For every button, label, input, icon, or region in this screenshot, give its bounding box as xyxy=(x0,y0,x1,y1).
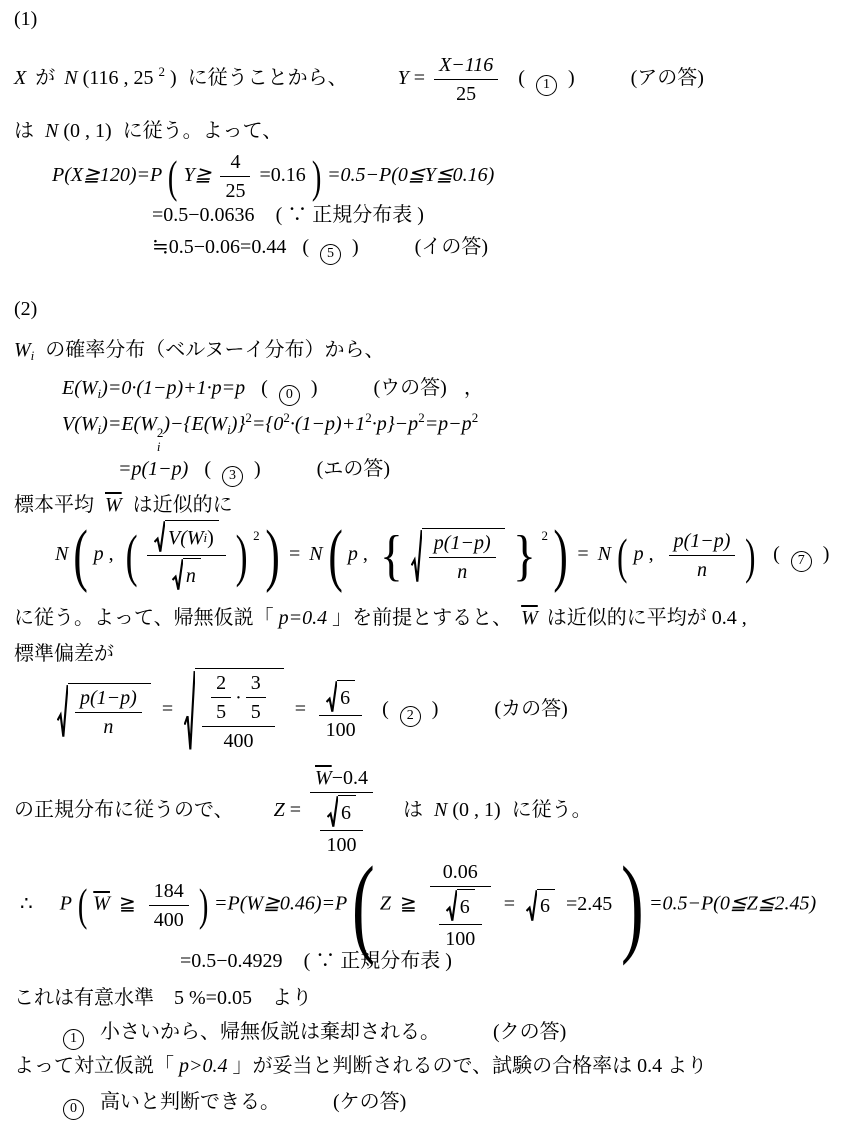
radical-icon xyxy=(446,889,457,922)
denominator: 5 xyxy=(211,697,231,724)
math-run: 6 xyxy=(341,801,351,825)
fraction: 3 5 xyxy=(246,671,266,724)
jp-text: は近似的に平均が 0.4 , xyxy=(547,607,747,629)
radical-icon xyxy=(326,680,337,713)
circled-digit: 2 xyxy=(400,706,421,727)
math-run: (0 , 1) xyxy=(63,120,111,142)
part2-reject-line: 1 小さいから、帰無仮説は棄却される。 (クの答) xyxy=(60,1015,566,1050)
part2-sample-line: 標本平均 W は近似的に xyxy=(14,488,233,517)
big-paren-open: ( xyxy=(617,531,627,581)
radical-icon xyxy=(57,683,68,739)
var-X: X xyxy=(14,67,26,89)
jp-text: 標本平均 xyxy=(14,494,94,516)
digit: 0 xyxy=(286,388,293,402)
part1-calc2-line: =0.5−0.0636 ( ∵ 正規分布表 ) xyxy=(152,198,424,227)
square-root: 6 xyxy=(327,795,356,828)
answer-choice: ( 0 ) xyxy=(258,377,325,399)
jp-text: 標準偏差が xyxy=(14,643,114,665)
fraction: 2 5 · 3 5 400 xyxy=(202,671,275,753)
comma: , xyxy=(109,543,114,565)
denominator: 5 xyxy=(246,697,266,724)
subscript: i xyxy=(31,348,35,363)
var-p: p xyxy=(634,543,644,565)
square-root: 2 5 · 3 5 400 xyxy=(184,668,284,753)
denominator: 25 xyxy=(434,79,498,106)
superscript: 2 xyxy=(542,528,549,543)
denominator: 6 100 xyxy=(430,886,491,951)
math-run: =0.5−0.4929 xyxy=(180,950,283,972)
comma: , xyxy=(649,543,654,565)
math-run: −0.4 xyxy=(332,767,368,789)
var-n: n xyxy=(186,564,196,588)
part2-sd-intro-line: 標準偏差が xyxy=(14,637,114,666)
jp-text: は xyxy=(14,120,34,142)
radical-icon xyxy=(154,520,165,553)
circled-digit: 0 xyxy=(63,1099,84,1120)
paren-open: ( xyxy=(518,67,525,89)
digit: 5 xyxy=(327,247,334,261)
part1-follows-line: は N (0 , 1) に従う。よって、 xyxy=(14,114,282,143)
digit: 0 xyxy=(70,1102,77,1116)
answer-label: (イの答) xyxy=(415,236,488,258)
paren-close: ) xyxy=(170,67,177,89)
equals: = xyxy=(414,67,425,89)
var-N: N xyxy=(309,543,322,565)
math-run: E(W xyxy=(62,377,98,399)
jp-text: に従う。 xyxy=(512,799,592,821)
answer-choice: ( 3 ) xyxy=(201,458,268,480)
jp-text: は近似的に xyxy=(133,494,233,516)
var-p: p xyxy=(94,543,104,565)
therefore-symbol: ∴ xyxy=(20,893,33,915)
math-run: 6 xyxy=(540,895,550,918)
multiply-dot: · xyxy=(235,686,242,710)
part2-variance-line: V(Wi)=E(W2i)−{E(Wi)}2={02·(1−p)+12·p}−p2… xyxy=(62,410,478,453)
math-run: ·(1−p)+1 xyxy=(290,413,365,435)
big-paren-open: ( xyxy=(125,527,137,585)
square-root: V(Wi) xyxy=(154,520,219,553)
radical-icon xyxy=(327,795,338,828)
var-N: N xyxy=(55,543,68,565)
circled-digit: 3 xyxy=(222,466,243,487)
circled-digit: 1 xyxy=(63,1029,84,1050)
because-note: ( ∵ 正規分布表 ) xyxy=(276,204,424,226)
big-paren-open: ( xyxy=(78,882,88,928)
var-Y: Y xyxy=(398,67,409,89)
answer-label: (アの答) xyxy=(631,67,704,89)
math-run: =0.5−P(0≦Y≦0.16) xyxy=(327,164,494,186)
numerator: W−0.4 xyxy=(310,766,373,792)
radical-icon xyxy=(411,528,422,584)
fraction: p(1−p) n xyxy=(429,531,496,584)
part2-napprox-line: N ( p , ( V(Wi) n ) 2 ) = N ( p , xyxy=(55,520,857,591)
math-run: ·p}−p xyxy=(372,413,419,435)
big-paren-close: ) xyxy=(265,521,279,591)
var-W: W xyxy=(14,339,31,361)
denominator: n xyxy=(147,555,226,591)
part2-expect-line: E(Wi)=0·(1−p)+1·p=p ( 0 ) (ウの答) ， xyxy=(62,371,484,406)
denominator: n xyxy=(75,712,142,739)
var-N: N xyxy=(598,543,611,565)
paren-close: ) xyxy=(311,377,318,399)
numerator: 6 xyxy=(320,795,363,830)
var-W-bar: W xyxy=(521,607,538,629)
big-paren-close: ) xyxy=(621,850,644,960)
big-paren-close: ) xyxy=(312,154,322,200)
equals: = xyxy=(504,893,515,915)
equals: = xyxy=(577,543,588,565)
big-paren-close: ) xyxy=(553,521,567,591)
numerator: p(1−p) xyxy=(669,529,736,555)
var-N: N xyxy=(45,120,58,142)
heading-text: (1) xyxy=(14,8,37,30)
math-run: =0.5−0.0636 xyxy=(152,204,255,226)
part2-variance2-line: =p(1−p) ( 3 ) (エの答) xyxy=(118,452,390,487)
math-run: )} xyxy=(231,413,246,435)
fraction: 4 25 xyxy=(220,150,250,203)
numerator: 3 xyxy=(246,671,266,697)
radical-icon xyxy=(172,558,183,591)
part2-sd-calc-line: p(1−p) n = 2 5 · xyxy=(55,668,568,753)
digit: 2 xyxy=(407,709,414,723)
math-run: ≒0.5−0.06=0.44 xyxy=(152,236,286,258)
math-run: )−{E(W xyxy=(163,413,227,435)
numerator: p(1−p) xyxy=(429,531,496,557)
answer-label: (エの答) xyxy=(317,458,390,480)
part2-bernoulli-line: Wi の確率分布（ベルヌーイ分布）から、 xyxy=(14,333,385,364)
numerator: V(Wi) xyxy=(147,520,226,555)
var-W-bar: W xyxy=(93,893,110,915)
part2-zline: の正規分布に従うので、 Z = W−0.4 6 100 は N (0 xyxy=(14,766,592,857)
math-run: =p(1−p) xyxy=(118,458,188,480)
numerator: 0.06 xyxy=(430,860,491,886)
numerator: X−116 xyxy=(434,53,498,79)
because-note: ( ∵ 正規分布表 ) xyxy=(304,950,452,972)
fraction: 6 100 xyxy=(439,889,482,951)
big-paren-close: ) xyxy=(199,882,209,928)
denominator: n xyxy=(669,555,736,582)
superscript: 2 xyxy=(158,64,165,79)
fraction: p(1−p) n xyxy=(75,686,142,739)
part1-heading: (1) xyxy=(14,8,37,31)
big-paren-open: ( xyxy=(168,154,178,200)
var-Z: Z xyxy=(274,799,285,821)
var-N: N xyxy=(64,67,77,89)
part2-significance-line: これは有意水準 5 %=0.05 より xyxy=(14,981,312,1010)
big-paren-close: ) xyxy=(236,527,248,585)
digit: 3 xyxy=(229,469,236,483)
jp-text: に従う。よって、 xyxy=(123,120,283,142)
numerator: 2 xyxy=(211,671,231,697)
math-run: p>0.4 xyxy=(179,1055,228,1077)
jp-text: に従うことから、 xyxy=(188,67,348,89)
heading-text: (2) xyxy=(14,298,37,320)
big-brace-open: { xyxy=(380,528,403,584)
math-run: V(W xyxy=(168,526,204,550)
superscript: 2 xyxy=(253,528,260,543)
jp-text: は xyxy=(403,799,423,821)
paren-close: ) xyxy=(352,236,359,258)
fraction: V(Wi) n xyxy=(147,520,226,591)
square-root: n xyxy=(172,558,201,591)
geq: ≧ xyxy=(119,893,136,915)
circled-digit: 1 xyxy=(536,75,557,96)
var-P: P xyxy=(60,893,72,915)
paren-open: ( xyxy=(261,377,268,399)
geq: ≧ xyxy=(400,893,417,915)
fraction: 184 400 xyxy=(149,879,189,932)
big-paren-open: ( xyxy=(328,521,342,591)
answer-choice: ( 7 ) xyxy=(770,543,837,565)
math-run: =0.16 xyxy=(259,164,305,186)
numerator: 6 xyxy=(319,680,362,715)
jp-text: 」が妥当と判断されるので、試験の合格率は 0.4 より xyxy=(233,1055,708,1077)
big-brace-close: } xyxy=(513,528,536,584)
jp-text: 小さいから、帰無仮説は棄却される。 xyxy=(100,1021,440,1043)
math-run: =0.5−P(0≦Z≦2.45) xyxy=(649,893,816,915)
jp-text: に従う。よって、帰無仮説「 xyxy=(14,607,274,629)
numerator: 2 5 · 3 5 xyxy=(202,671,275,726)
part1-calc1-line: P(X≧120)=P ( Y≧ 4 25 =0.16 ) =0.5−P(0≦Y≦… xyxy=(52,150,494,203)
square-root: 6 xyxy=(446,889,475,922)
math-run: =2.45 xyxy=(566,893,612,915)
math-run: p=0.4 xyxy=(279,607,328,629)
part2-final-line: 0 高いと判断できる。 (ケの答) xyxy=(60,1085,406,1120)
part2-calc-line: =0.5−0.4929 ( ∵ 正規分布表 ) xyxy=(180,944,452,973)
radical-icon xyxy=(184,668,195,753)
square-root: p(1−p) n xyxy=(57,683,151,739)
fraction: 2 5 xyxy=(211,671,231,724)
fraction: X−116 25 xyxy=(434,53,498,106)
var-Z: Z xyxy=(380,893,391,915)
math-run: 6 xyxy=(460,895,470,919)
var-W-bar: W xyxy=(105,494,122,516)
fraction: 6 100 xyxy=(319,680,362,742)
fraction: 0.06 6 100 xyxy=(430,860,491,951)
circled-digit: 5 xyxy=(320,244,341,265)
part2-premise-line: に従う。よって、帰無仮説「 p=0.4 」を前提とすると、 W は近似的に平均が… xyxy=(14,601,747,630)
math-run: =p−p xyxy=(425,413,472,435)
equals: = xyxy=(290,799,301,821)
math-run: P(X≧120)=P xyxy=(52,164,162,186)
comma: , xyxy=(363,543,368,565)
numerator: 4 xyxy=(220,150,250,176)
big-paren-close: ) xyxy=(746,531,756,581)
comma: ， xyxy=(464,377,484,399)
equals: = xyxy=(162,698,173,720)
jp-text: の確率分布（ベルヌーイ分布）から、 xyxy=(45,339,384,361)
math-run: (116 , 25 xyxy=(83,67,154,89)
radical-icon xyxy=(526,889,537,922)
digit: 1 xyxy=(543,78,550,92)
jp-text: よって対立仮説「 xyxy=(14,1055,174,1077)
fraction: p(1−p) n xyxy=(669,529,736,582)
math-run: V(W xyxy=(62,413,98,435)
square-root: 6 xyxy=(526,889,555,922)
denominator: 100 xyxy=(319,715,362,742)
numerator: 6 xyxy=(439,889,482,924)
part2-conclusion-line: よって対立仮説「 p>0.4 」が妥当と判断されるので、試験の合格率は 0.4 … xyxy=(14,1049,707,1078)
part1-calc3-line: ≒0.5−0.06=0.44 ( 5 ) (イの答) xyxy=(152,230,488,265)
jp-text: 高いと判断できる。 xyxy=(100,1091,280,1113)
paren-close: ) xyxy=(432,698,439,720)
paren-open: ( xyxy=(204,458,211,480)
var-N: N xyxy=(434,799,447,821)
digit: 1 xyxy=(70,1032,77,1046)
answer-label: (ケの答) xyxy=(333,1091,406,1113)
paren-open: ( xyxy=(382,698,389,720)
circled-digit: 7 xyxy=(791,551,812,572)
paren-close: ) xyxy=(254,458,261,480)
circled-digit: 0 xyxy=(279,385,300,406)
jp-text: 」を前提とすると、 xyxy=(332,607,512,629)
paren-open: ( xyxy=(302,236,309,258)
math-run: =P(W≧0.46)=P xyxy=(214,893,347,915)
paren-close: ) xyxy=(823,543,830,565)
math-run: 6 xyxy=(340,686,350,710)
numerator: 184 xyxy=(149,879,189,905)
answer-label: (カの答) xyxy=(494,698,567,720)
document-page: (1) X が N (116 , 25 2 ) に従うことから、 Y = X−1… xyxy=(0,0,857,1123)
numerator: p(1−p) xyxy=(75,686,142,712)
math-run: (0 , 1) xyxy=(452,799,500,821)
math-run: Y≧ xyxy=(184,164,212,186)
jp-text: これは有意水準 5 %=0.05 より xyxy=(14,987,312,1009)
paren-open: ( xyxy=(773,543,780,565)
answer-choice: ( 5 ) xyxy=(299,236,366,258)
answer-label: (ウの答) xyxy=(373,377,446,399)
equals: = xyxy=(295,698,306,720)
jp-text: の正規分布に従うので、 xyxy=(14,799,234,821)
equals: = xyxy=(289,543,300,565)
square-root: 6 xyxy=(326,680,355,713)
paren-close: ) xyxy=(568,67,575,89)
denominator: 400 xyxy=(202,726,275,753)
answer-label: (クの答) xyxy=(493,1021,566,1043)
math-run: ={0 xyxy=(252,413,284,435)
part2-heading: (2) xyxy=(14,298,37,321)
superscript: 2 xyxy=(472,410,479,425)
part1-given-line: X が N (116 , 25 2 ) に従うことから、 Y = X−116 2… xyxy=(14,53,704,106)
var-p: p xyxy=(348,543,358,565)
math-run: )=E(W xyxy=(101,413,157,435)
digit: 7 xyxy=(798,554,805,568)
answer-choice: ( 2 ) xyxy=(379,698,446,720)
answer-choice: ( 1 ) xyxy=(515,67,582,89)
big-paren-open: ( xyxy=(74,521,88,591)
var-W-bar: W xyxy=(315,767,332,789)
denominator: n xyxy=(429,557,496,584)
math-run: )=0·(1−p)+1·p=p xyxy=(101,377,245,399)
square-root: p(1−p) n xyxy=(411,528,505,584)
jp-text: が xyxy=(35,67,55,89)
paren-close: ) xyxy=(207,526,214,550)
denominator: 400 xyxy=(149,905,189,932)
